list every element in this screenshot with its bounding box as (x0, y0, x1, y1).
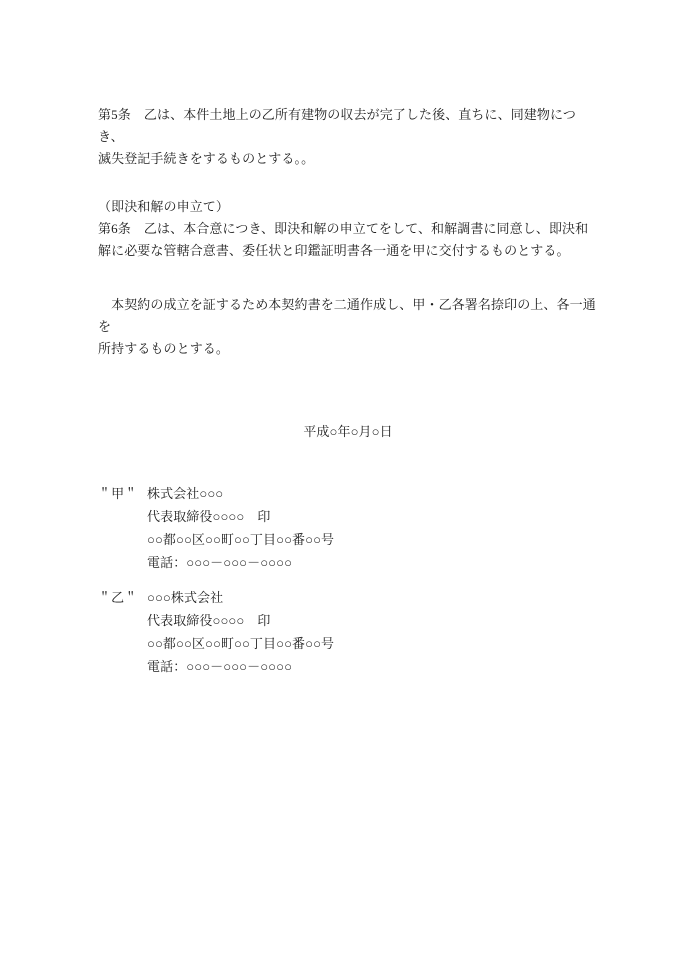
clause-5-line-2: 滅失登記手続きをするものとする。。 (98, 148, 598, 170)
party-b-details: ○○○株式会社 代表取締役○○○○ 印 ○○都○○区○○町○○丁目○○番○○号 … (147, 586, 598, 678)
clause-5-line-1: 第5条 乙は、本件土地上の乙所有建物の収去が完了した後、直ちに、同建物につき、 (98, 104, 598, 148)
party-b-address: ○○都○○区○○町○○丁目○○番○○号 (147, 632, 598, 655)
closing-paragraph: 本契約の成立を証するため本契約書を二通作成し、甲・乙各署名捺印の上、各一通を 所… (98, 294, 598, 360)
party-a-address: ○○都○○区○○町○○丁目○○番○○号 (147, 528, 598, 551)
clause-6-paragraph: （即決和解の申立て） 第6条 乙は、本合意につき、即決和解の申立てをして、和解調… (98, 196, 598, 262)
party-a-phone: 電話：○○○－○○○－○○○○ (147, 551, 598, 574)
party-b-label: ＂乙＂ (98, 586, 147, 609)
closing-line-2: 所持するものとする。 (98, 338, 598, 360)
party-b-company-name: ○○○株式会社 (147, 586, 598, 609)
party-b-phone: 電話：○○○－○○○－○○○○ (147, 655, 598, 678)
clause-5-paragraph: 第5条 乙は、本件土地上の乙所有建物の収去が完了した後、直ちに、同建物につき、 … (98, 104, 598, 170)
clause-6-line-2: 解に必要な管轄合意書、委任状と印鑑証明書各一通を甲に交付するものとする。 (98, 240, 598, 262)
document-content: 第5条 乙は、本件土地上の乙所有建物の収去が完了した後、直ちに、同建物につき、 … (98, 104, 598, 678)
party-a-representative: 代表取締役○○○○ 印 (147, 505, 598, 528)
party-b-signature-block: ＂乙＂ ○○○株式会社 代表取締役○○○○ 印 ○○都○○区○○町○○丁目○○番… (98, 586, 598, 678)
closing-line-1: 本契約の成立を証するため本契約書を二通作成し、甲・乙各署名捺印の上、各一通を (98, 294, 598, 338)
party-a-label: ＂甲＂ (98, 482, 147, 505)
clause-6-line-1: 第6条 乙は、本合意につき、即決和解の申立てをして、和解調書に同意し、即決和 (98, 218, 598, 240)
party-a-company-name: 株式会社○○○ (147, 482, 598, 505)
contract-date: 平成○年○月○日 (98, 421, 598, 443)
party-a-details: 株式会社○○○ 代表取締役○○○○ 印 ○○都○○区○○町○○丁目○○番○○号 … (147, 482, 598, 574)
party-a-signature-block: ＂甲＂ 株式会社○○○ 代表取締役○○○○ 印 ○○都○○区○○町○○丁目○○番… (98, 482, 598, 574)
party-b-representative: 代表取締役○○○○ 印 (147, 609, 598, 632)
contract-document-page: 第5条 乙は、本件土地上の乙所有建物の収去が完了した後、直ちに、同建物につき、 … (0, 0, 680, 962)
clause-6-heading: （即決和解の申立て） (98, 196, 598, 218)
